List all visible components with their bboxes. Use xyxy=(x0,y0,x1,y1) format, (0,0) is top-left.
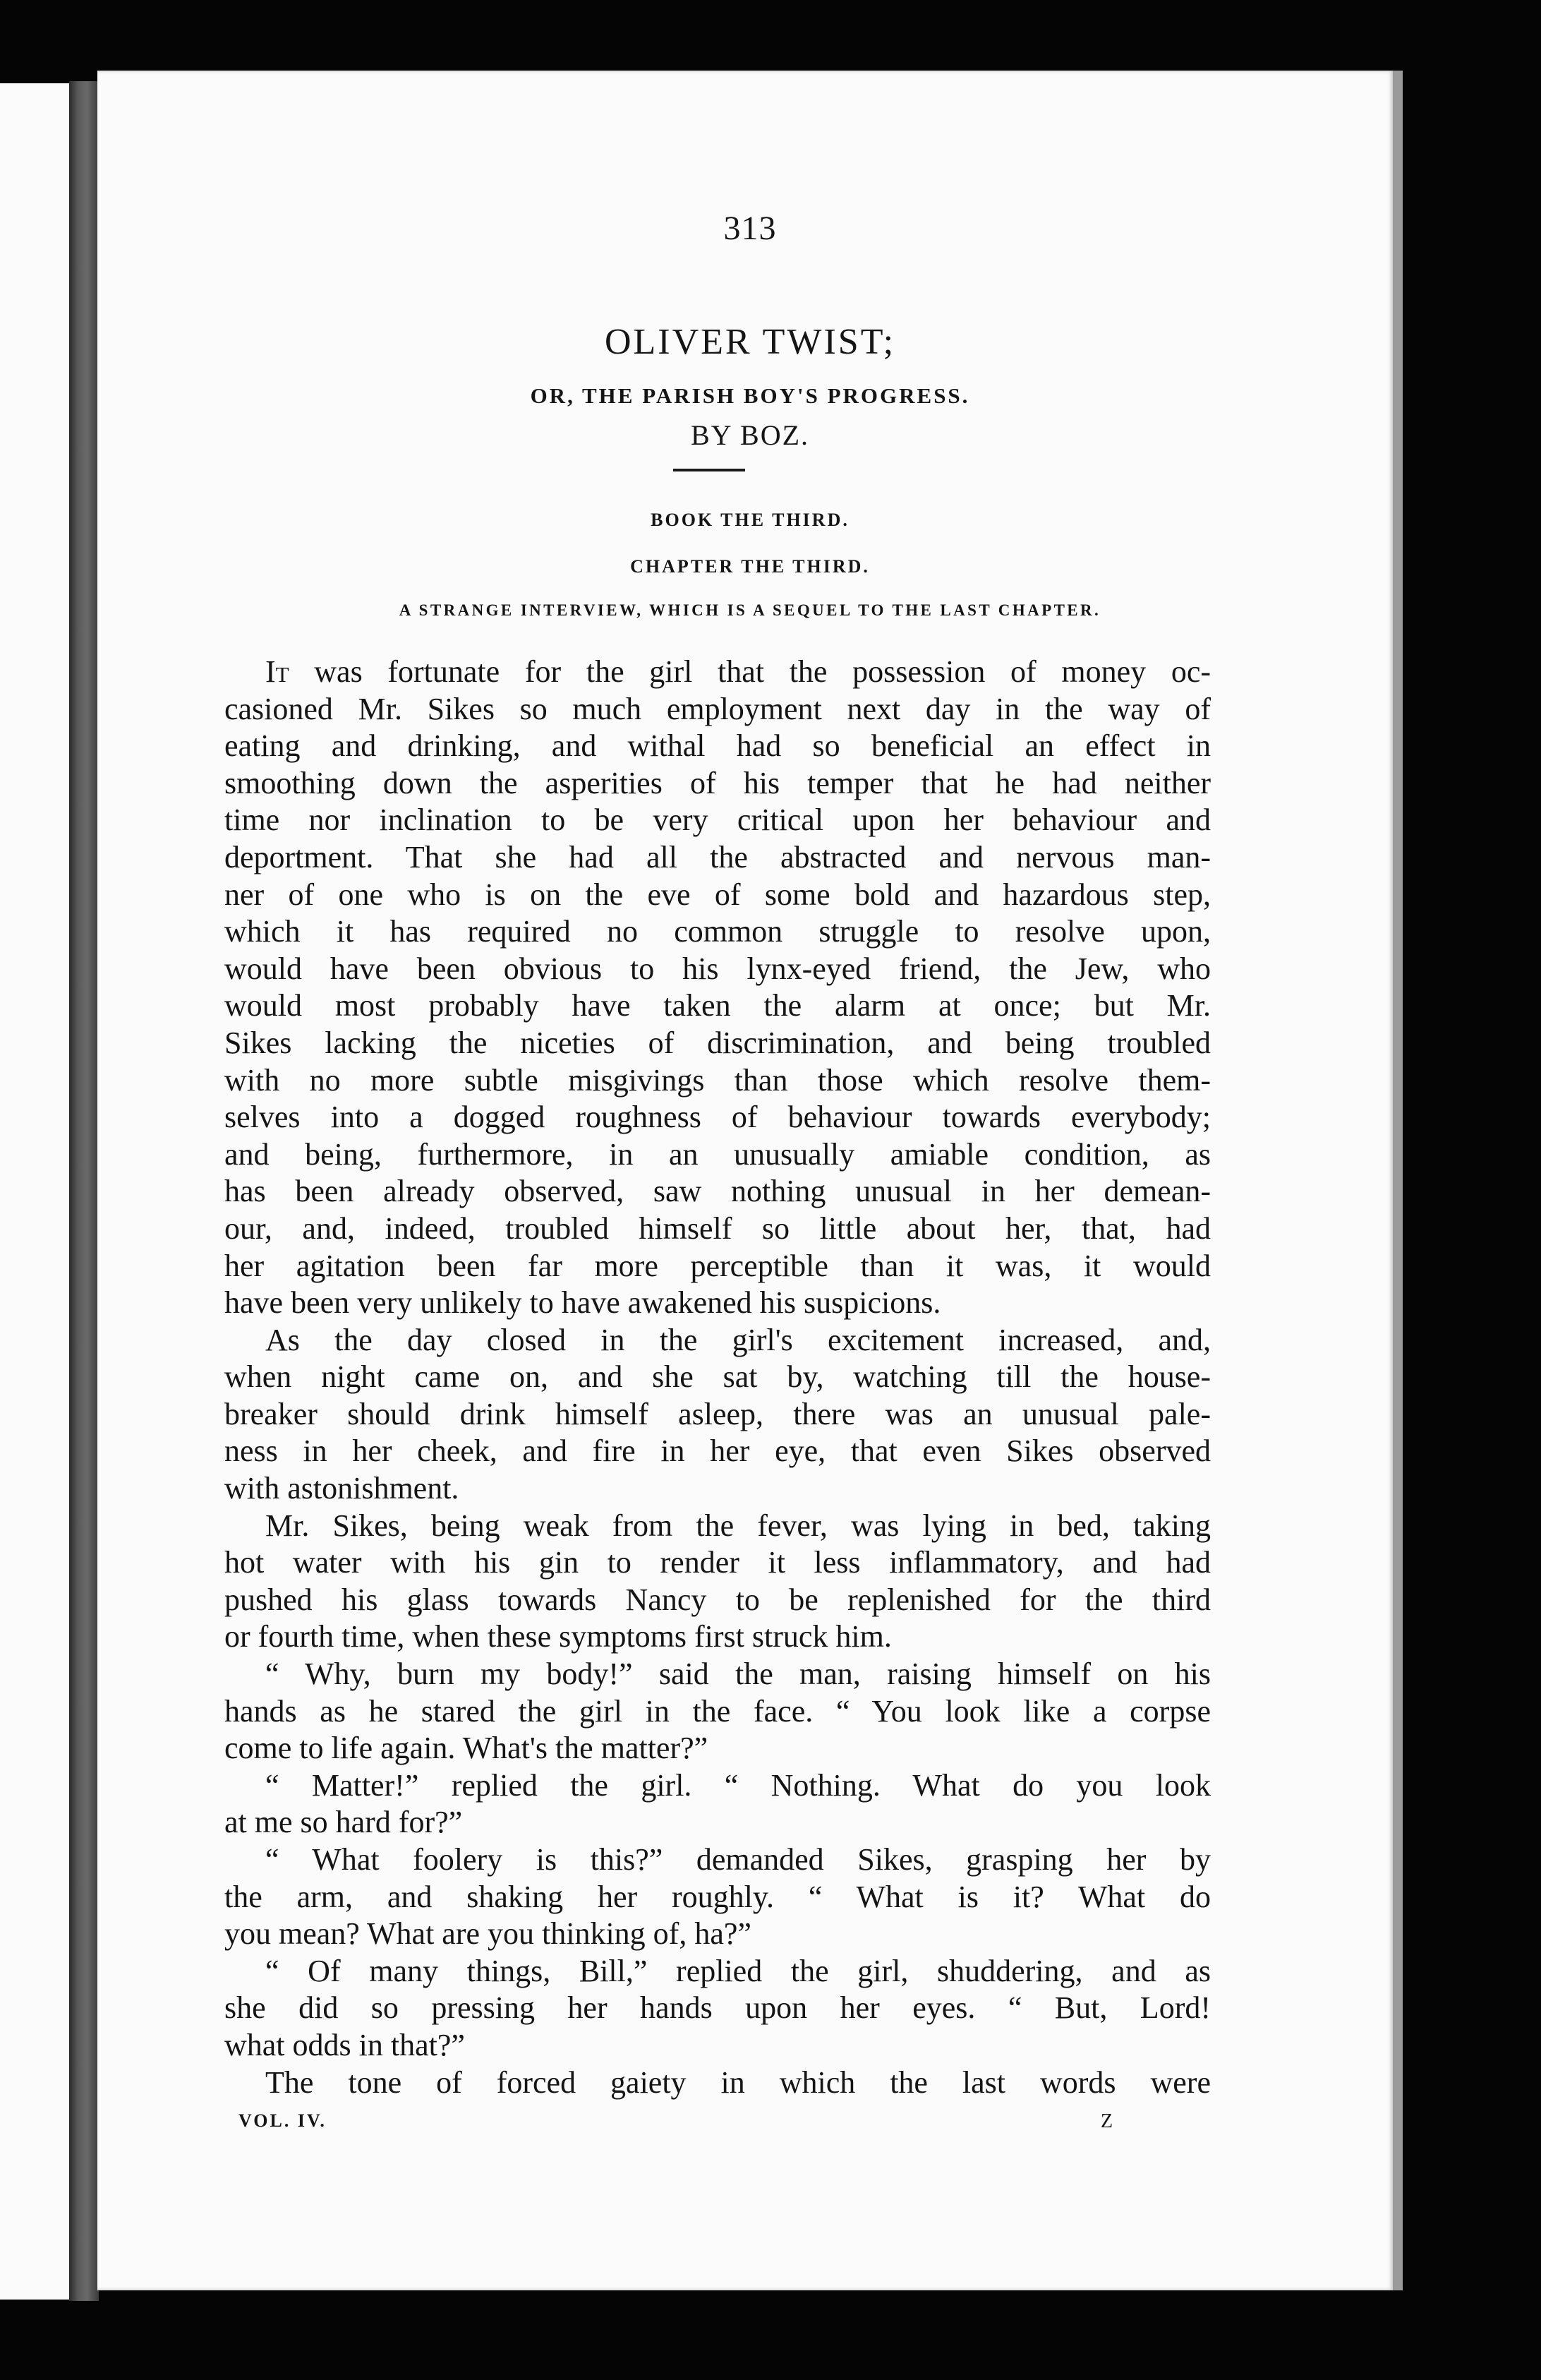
text-line: the arm, and shaking her roughly. “ What… xyxy=(224,1879,1211,1916)
text-line: at me so hard for?” xyxy=(224,1804,1211,1841)
text-line: selves into a dogged roughness of behavi… xyxy=(224,1099,1211,1136)
volume-signature: VOL. IV. xyxy=(238,2110,327,2132)
title-rule xyxy=(673,469,745,471)
book-page: 313 OLIVER TWIST; OR, THE PARISH BOY'S P… xyxy=(97,71,1403,2290)
chapter-heading: CHAPTER THE THIRD. xyxy=(97,556,1403,577)
text-line: As the day closed in the girl's exciteme… xyxy=(224,1322,1211,1359)
text-line: she did so pressing her hands upon her e… xyxy=(224,1990,1211,2027)
author-byline: BY BOZ. xyxy=(97,419,1403,452)
text-line: The tone of forced gaiety in which the l… xyxy=(224,2065,1211,2102)
text-line: come to life again. What's the matter?” xyxy=(224,1730,1211,1767)
text-line: has been already observed, saw nothing u… xyxy=(224,1173,1211,1210)
text-line: pushed his glass towards Nancy to be rep… xyxy=(224,1582,1211,1619)
text-line: time nor inclination to be very critical… xyxy=(224,802,1211,839)
text-line: with no more subtle misgivings than thos… xyxy=(224,1062,1211,1100)
text-line: “ What foolery is this?” demanded Sikes,… xyxy=(224,1841,1211,1879)
text-line: ner of one who is on the eve of some bol… xyxy=(224,877,1211,914)
text-line: her agitation been far more perceptible … xyxy=(224,1248,1211,1285)
text-line: “ Matter!” replied the girl. “ Nothing. … xyxy=(224,1767,1211,1805)
book-spine xyxy=(69,81,99,2301)
text-line: casioned Mr. Sikes so much employment ne… xyxy=(224,691,1211,728)
text-line: “ Of many things, Bill,” replied the gir… xyxy=(224,1953,1211,1990)
book-title: OLIVER TWIST; xyxy=(97,321,1403,363)
text-line: which it has required no common struggle… xyxy=(224,913,1211,951)
book-subtitle: OR, THE PARISH BOY'S PROGRESS. xyxy=(97,383,1403,409)
text-line: ness in her cheek, and fire in her eye, … xyxy=(224,1433,1211,1470)
page-number: 313 xyxy=(97,209,1403,248)
text-line: hot water with his gin to render it less… xyxy=(224,1544,1211,1582)
drop-word: It xyxy=(265,654,289,689)
text-line: and being, furthermore, in an unusually … xyxy=(224,1136,1211,1174)
text-line: what odds in that?” xyxy=(224,2027,1211,2065)
text-line: breaker should drink himself asleep, the… xyxy=(224,1396,1211,1434)
text-line: have been very unlikely to have awakened… xyxy=(224,1285,1211,1322)
gathering-signature: Z xyxy=(1101,2110,1115,2133)
text-line: “ Why, burn my body!” said the man, rais… xyxy=(224,1656,1211,1693)
text-line: smoothing down the asperities of his tem… xyxy=(224,765,1211,803)
text-line: with astonishment. xyxy=(224,1470,1211,1508)
text-line: would most probably have taken the alarm… xyxy=(224,987,1211,1025)
text-line: hands as he stared the girl in the face.… xyxy=(224,1693,1211,1731)
text-line: or fourth time, when these symptoms firs… xyxy=(224,1618,1211,1656)
facing-page-edge xyxy=(0,83,71,2300)
text-line: It was fortunate for the girl that the p… xyxy=(224,654,1211,691)
text-line: you mean? What are you thinking of, ha?” xyxy=(224,1916,1211,1953)
text-line: deportment. That she had all the abstrac… xyxy=(224,839,1211,877)
chapter-title: A STRANGE INTERVIEW, WHICH IS A SEQUEL T… xyxy=(97,601,1403,620)
text-line: eating and drinking, and withal had so b… xyxy=(224,728,1211,765)
book-heading: BOOK THE THIRD. xyxy=(97,510,1403,531)
text-line: Mr. Sikes, being weak from the fever, wa… xyxy=(224,1508,1211,1545)
text-line: Sikes lacking the niceties of discrimina… xyxy=(224,1025,1211,1062)
text-line: our, and, indeed, troubled himself so li… xyxy=(224,1210,1211,1248)
text-line: when night came on, and she sat by, watc… xyxy=(224,1359,1211,1396)
chapter-body: It was fortunate for the girl that the p… xyxy=(224,654,1211,2101)
text-line: would have been obvious to his lynx-eyed… xyxy=(224,951,1211,988)
